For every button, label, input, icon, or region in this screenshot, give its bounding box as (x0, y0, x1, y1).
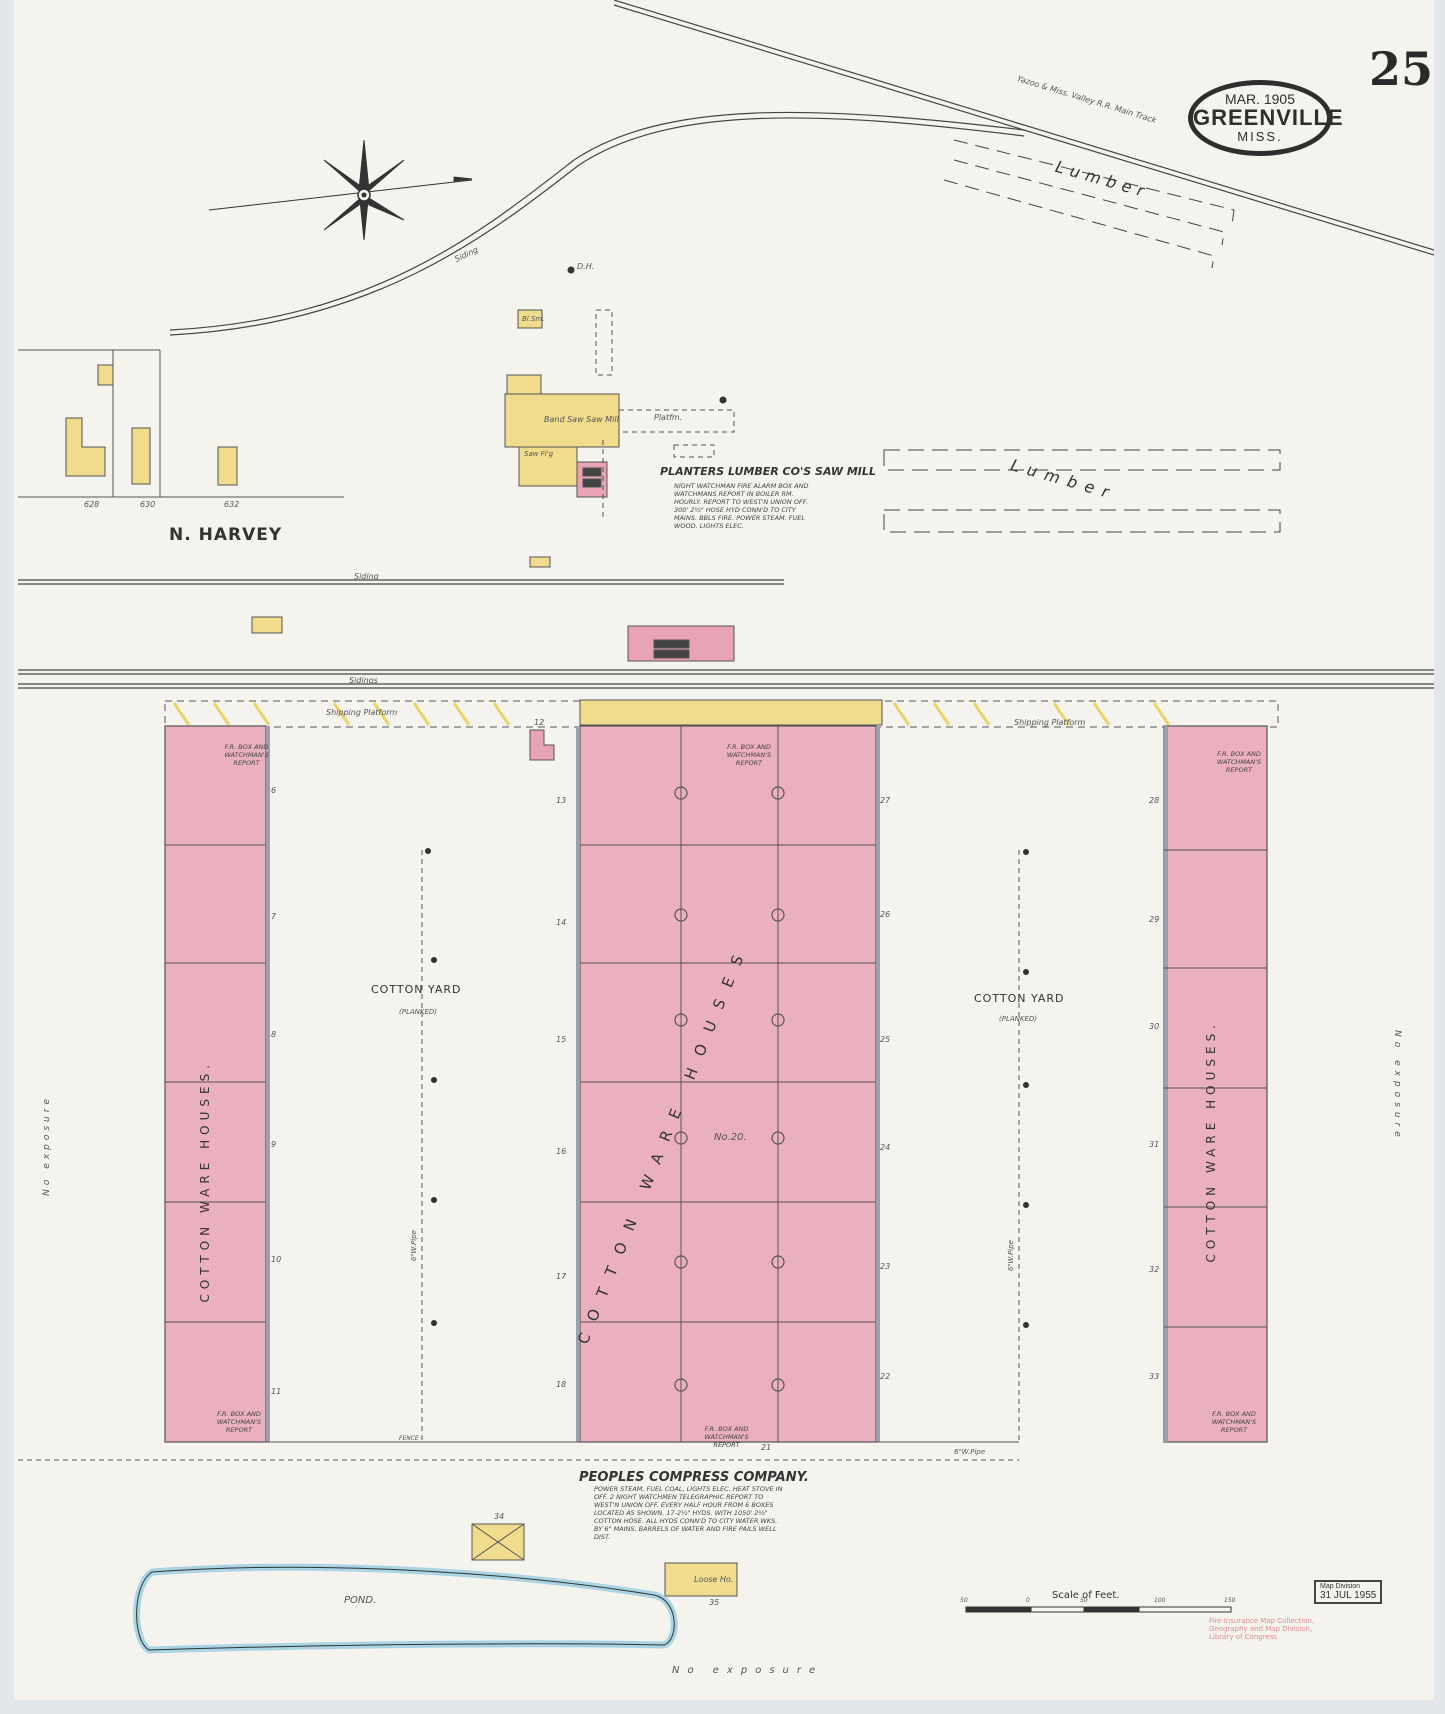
wh-number-25: 25 (880, 1035, 890, 1044)
wh-number-11: 11 (271, 1387, 281, 1396)
state-name: MISS. (1193, 129, 1327, 144)
shed-34 (472, 1524, 524, 1560)
wh-number-17: 17 (556, 1272, 566, 1281)
saw-mill-notes: NIGHT WATCHMAN FIRE ALARM BOX AND WATCHM… (674, 482, 819, 530)
pipe-label-bottom: 6"W.Pipe (954, 1448, 985, 1456)
scale-tick-100: 100 (1154, 1597, 1165, 1604)
right-warehouse-label: COTTON WARE HOUSES. (1204, 1020, 1218, 1263)
wh-number-9: 9 (271, 1140, 276, 1149)
office-12 (530, 730, 554, 760)
library-stamp: Map Division 31 JUL 1955 (1314, 1580, 1382, 1604)
cotton-yard-right-sub: (PLANKED) (999, 1015, 1037, 1023)
sidings-label: Sidings (349, 676, 378, 685)
compress-platform-roof (580, 700, 882, 725)
pipe-label-right: 6"W.Pipe (1007, 1240, 1015, 1271)
wh-number-29: 29 (1149, 915, 1159, 924)
scale-tick-0: 0 (1026, 1597, 1030, 1604)
fr-box-center-bottom: F.R. BOX AND WATCHMAN'S REPORT (694, 1425, 759, 1449)
left-warehouse-label: COTTON WARE HOUSES. (198, 1060, 212, 1303)
compress-notes: POWER STEAM, FUEL COAL, LIGHTS ELEC. HEA… (594, 1485, 784, 1541)
compass-rose (209, 140, 472, 240)
shipping-platform-label-left: Shipping Platform (326, 708, 397, 717)
scale-tick-50: 50 (1080, 1597, 1088, 1604)
saw-mill-building-label: Band Saw Saw Mill (544, 415, 619, 424)
cotton-yard-left-sub: (PLANKED) (399, 1008, 437, 1016)
address-628: 628 (84, 500, 99, 509)
no-exposure-bottom: No exposure (672, 1665, 823, 1676)
cotton-yard-right: COTTON YARD (974, 992, 1064, 1005)
wh-number-28: 28 (1149, 796, 1159, 805)
stamp-collection: Fire Insurance Map Collection, Geography… (1209, 1617, 1329, 1641)
wh-number-15: 15 (556, 1035, 566, 1044)
wh-number-16: 16 (556, 1147, 566, 1156)
cotton-yard-left: COTTON YARD (371, 983, 461, 996)
wh-number-6: 6 (271, 786, 276, 795)
wh-number-27: 27 (880, 796, 890, 805)
saw-mill-title: PLANTERS LUMBER CO'S SAW MILL (660, 465, 876, 478)
wh-number-23: 23 (880, 1262, 890, 1271)
loose-house-label: Loose Ho. (694, 1575, 733, 1584)
address-630: 630 (140, 500, 155, 509)
wh-number-10: 10 (271, 1255, 281, 1264)
center-warehouse-number: No.20. (714, 1132, 747, 1143)
wh-number-21: 21 (761, 1443, 771, 1452)
hydrant-dots (568, 267, 727, 404)
city-name: GREENVILLE (1193, 107, 1327, 129)
curved-siding (170, 112, 1024, 335)
page-number: 25 (1369, 42, 1433, 96)
loose-house-number: 35 (709, 1598, 719, 1607)
hydrant-label: D.H. (577, 262, 594, 271)
wh-number-22: 22 (880, 1372, 890, 1381)
wh-number-24: 24 (880, 1143, 890, 1152)
shed-number: 34 (494, 1512, 504, 1521)
no-exposure-right: No exposure (1392, 1030, 1402, 1142)
stamp-date: 31 JUL 1955 (1320, 1590, 1376, 1601)
wh-number-14: 14 (556, 918, 566, 927)
wh-number-31: 31 (1149, 1140, 1159, 1149)
street-n-harvey: N. HARVEY (169, 525, 282, 545)
address-632: 632 (224, 500, 239, 509)
title-cartouche: MAR. 1905 GREENVILLE MISS. (1188, 80, 1332, 156)
platform-label: Platfm. (654, 413, 682, 422)
warehouses (165, 726, 1267, 1442)
wh-number-7: 7 (271, 912, 276, 921)
stamp-division: Map Division (1320, 1583, 1376, 1590)
siding-label-2: Siding (354, 572, 379, 581)
fr-box-center-top: F.R. BOX AND WATCHMAN'S REPORT (719, 743, 779, 767)
lumber-pile-top (944, 140, 1234, 268)
fence-label: FENCE (399, 1435, 419, 1442)
shipping-platform-label-right: Shipping Platform (1014, 718, 1085, 727)
compress-title: PEOPLES COMPRESS COMPANY. (579, 1470, 809, 1485)
no-exposure-left: No exposure (42, 1095, 52, 1196)
dwellings (66, 365, 237, 485)
wh-number-18: 18 (556, 1380, 566, 1389)
building-5 (628, 626, 734, 661)
fr-box-right-bottom: F.R. BOX AND WATCHMAN'S REPORT (1204, 1410, 1264, 1434)
fr-box-right-top: F.R. BOX AND WATCHMAN'S REPORT (1209, 750, 1269, 774)
wh-number-13: 13 (556, 796, 566, 805)
scale-tick-50l: 50 (960, 1597, 968, 1604)
pond (137, 1567, 675, 1650)
saw-fitg-label: Saw Fi'g (524, 450, 553, 458)
office-number: 12 (534, 718, 544, 727)
scale-tick-150: 150 (1224, 1597, 1235, 1604)
map-sheet: 25 MAR. 1905 GREENVILLE MISS. Yazoo & Mi… (14, 0, 1434, 1700)
wh-number-30: 30 (1149, 1022, 1159, 1031)
wh-number-8: 8 (271, 1030, 276, 1039)
bl-sm-label: Bl.Sm. (522, 315, 544, 323)
fr-box-left-bottom: F.R. BOX AND WATCHMAN'S REPORT (209, 1410, 269, 1434)
wh-number-32: 32 (1149, 1265, 1159, 1274)
scale-bar (966, 1607, 1231, 1612)
wh-number-33: 33 (1149, 1372, 1159, 1381)
wh-number-26: 26 (880, 910, 890, 919)
pipe-label-left: 6"W.Pipe (410, 1230, 418, 1261)
pond-label: POND. (344, 1595, 376, 1606)
fr-box-left-top: F.R. BOX AND WATCHMAN'S REPORT (219, 743, 274, 767)
